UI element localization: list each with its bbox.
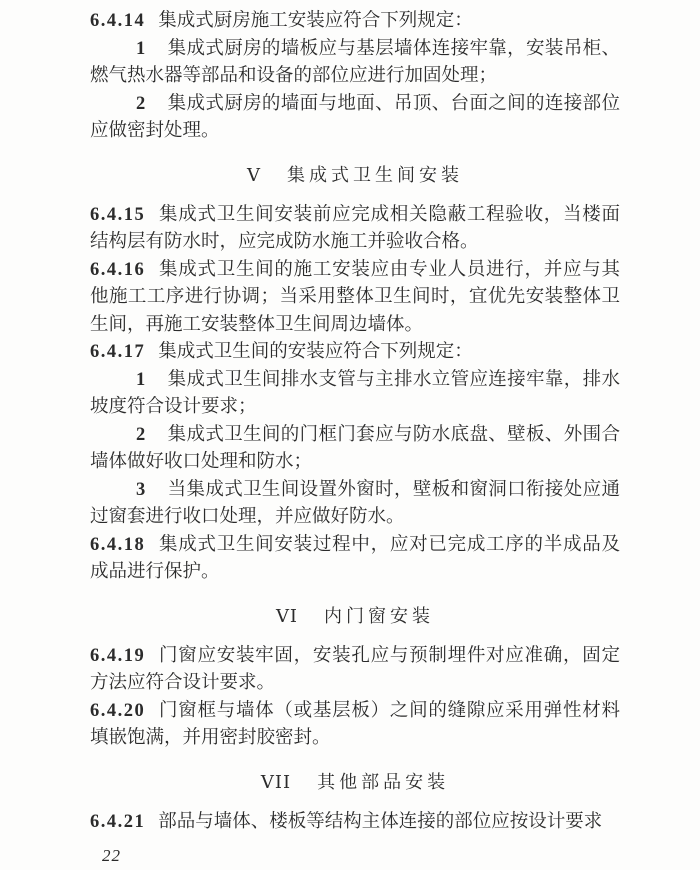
paragraph-text: 集成式厨房的墙面与地面、吊顶、台面之间的连接部位应做密封处理。 <box>90 94 620 142</box>
clause-paragraph: 6.4.16集成式卫生间的施工安装应由专业人员进行，并应与其他施工工序进行协调；… <box>90 257 620 340</box>
paragraph-text: 集成式卫生间排水支管与主排水立管应连接牢靠，排水坡度符合设计要求； <box>90 370 620 418</box>
item-paragraph: 3当集成式卫生间设置外窗时，壁板和窗洞口衔接处应通过窗套进行收口处理，并应做好防… <box>90 477 620 532</box>
clause-paragraph: 6.4.18集成式卫生间安装过程中，应对已完成工序的半成品及成品进行保护。 <box>90 532 620 587</box>
item-paragraph: 2集成式厨房的墙面与地面、吊顶、台面之间的连接部位应做密封处理。 <box>90 91 620 146</box>
item-number: 1 <box>136 370 145 390</box>
paragraph-text: 集成式卫生间安装前应完成相关隐蔽工程验收，当楼面结构层有防水时，应完成防水施工并… <box>90 205 620 253</box>
section-heading: VI内门窗安装 <box>90 603 620 630</box>
item-number: 2 <box>136 425 145 445</box>
paragraph-text: 部品与墙体、楼板等结构主体连接的部位应按设计要求 <box>158 812 602 832</box>
section-roman-numeral: VI <box>276 606 298 627</box>
clause-number: 6.4.19 <box>90 646 145 666</box>
section-roman-numeral: VII <box>261 772 291 793</box>
paragraph-text: 集成式厨房施工安装应符合下列规定： <box>158 11 473 31</box>
clause-number: 6.4.14 <box>90 11 145 31</box>
clause-number: 6.4.20 <box>90 701 145 721</box>
clause-paragraph: 6.4.20门窗框与墙体（或基层板）之间的缝隙应采用弹性材料填嵌饱满，并用密封胶… <box>90 698 620 753</box>
item-number: 3 <box>136 480 145 500</box>
page-content: 6.4.14集成式厨房施工安装应符合下列规定：1集成式厨房的墙板应与基层墙体连接… <box>90 8 620 836</box>
section-heading: V集成式卫生间安装 <box>90 162 620 189</box>
clause-paragraph: 6.4.17集成式卫生间的安装应符合下列规定： <box>90 339 620 367</box>
section-title: 内门窗安装 <box>324 606 434 626</box>
section-heading: VII其他部品安装 <box>90 769 620 796</box>
item-paragraph: 2集成式卫生间的门框门套应与防水底盘、壁板、外围合墙体做好收口处理和防水； <box>90 422 620 477</box>
paragraph-text: 集成式卫生间的施工安装应由专业人员进行，并应与其他施工工序进行协调；当采用整体卫… <box>90 260 620 335</box>
clause-number: 6.4.17 <box>90 342 145 362</box>
document-page: 6.4.14集成式厨房施工安装应符合下列规定：1集成式厨房的墙板应与基层墙体连接… <box>0 0 700 870</box>
paragraph-text: 集成式卫生间的门框门套应与防水底盘、壁板、外围合墙体做好收口处理和防水； <box>90 425 620 473</box>
item-paragraph: 1集成式厨房的墙板应与基层墙体连接牢靠，安装吊柜、燃气热水器等部品和设备的部位应… <box>90 36 620 91</box>
clause-paragraph: 6.4.15集成式卫生间安装前应完成相关隐蔽工程验收，当楼面结构层有防水时，应完… <box>90 202 620 257</box>
clause-number: 6.4.18 <box>90 535 145 555</box>
page-number: 22 <box>102 846 620 866</box>
paragraph-text: 集成式卫生间安装过程中，应对已完成工序的半成品及成品进行保护。 <box>90 535 620 583</box>
paragraph-text: 门窗框与墙体（或基层板）之间的缝隙应采用弹性材料填嵌饱满，并用密封胶密封。 <box>90 701 620 749</box>
clause-paragraph: 6.4.21部品与墙体、楼板等结构主体连接的部位应按设计要求 <box>90 809 620 837</box>
clause-number: 6.4.16 <box>90 260 145 280</box>
clause-number: 6.4.21 <box>90 812 145 832</box>
clause-paragraph: 6.4.14集成式厨房施工安装应符合下列规定： <box>90 8 620 36</box>
item-number: 1 <box>136 39 145 59</box>
paragraph-text: 集成式卫生间的安装应符合下列规定： <box>158 342 473 362</box>
section-title: 集成式卫生间安装 <box>287 165 463 185</box>
clause-paragraph: 6.4.19门窗应安装牢固，安装孔应与预制埋件对应准确，固定方法应符合设计要求。 <box>90 643 620 698</box>
paragraph-text: 门窗应安装牢固，安装孔应与预制埋件对应准确，固定方法应符合设计要求。 <box>90 646 620 694</box>
paragraph-text: 集成式厨房的墙板应与基层墙体连接牢靠，安装吊柜、燃气热水器等部品和设备的部位应进… <box>90 39 620 87</box>
item-paragraph: 1集成式卫生间排水支管与主排水立管应连接牢靠，排水坡度符合设计要求； <box>90 367 620 422</box>
paragraph-text: 当集成式卫生间设置外窗时，壁板和窗洞口衔接处应通过窗套进行收口处理，并应做好防水… <box>90 480 620 528</box>
item-number: 2 <box>136 94 145 114</box>
section-title: 其他部品安装 <box>317 772 449 792</box>
clause-number: 6.4.15 <box>90 205 145 225</box>
section-roman-numeral: V <box>247 165 261 186</box>
